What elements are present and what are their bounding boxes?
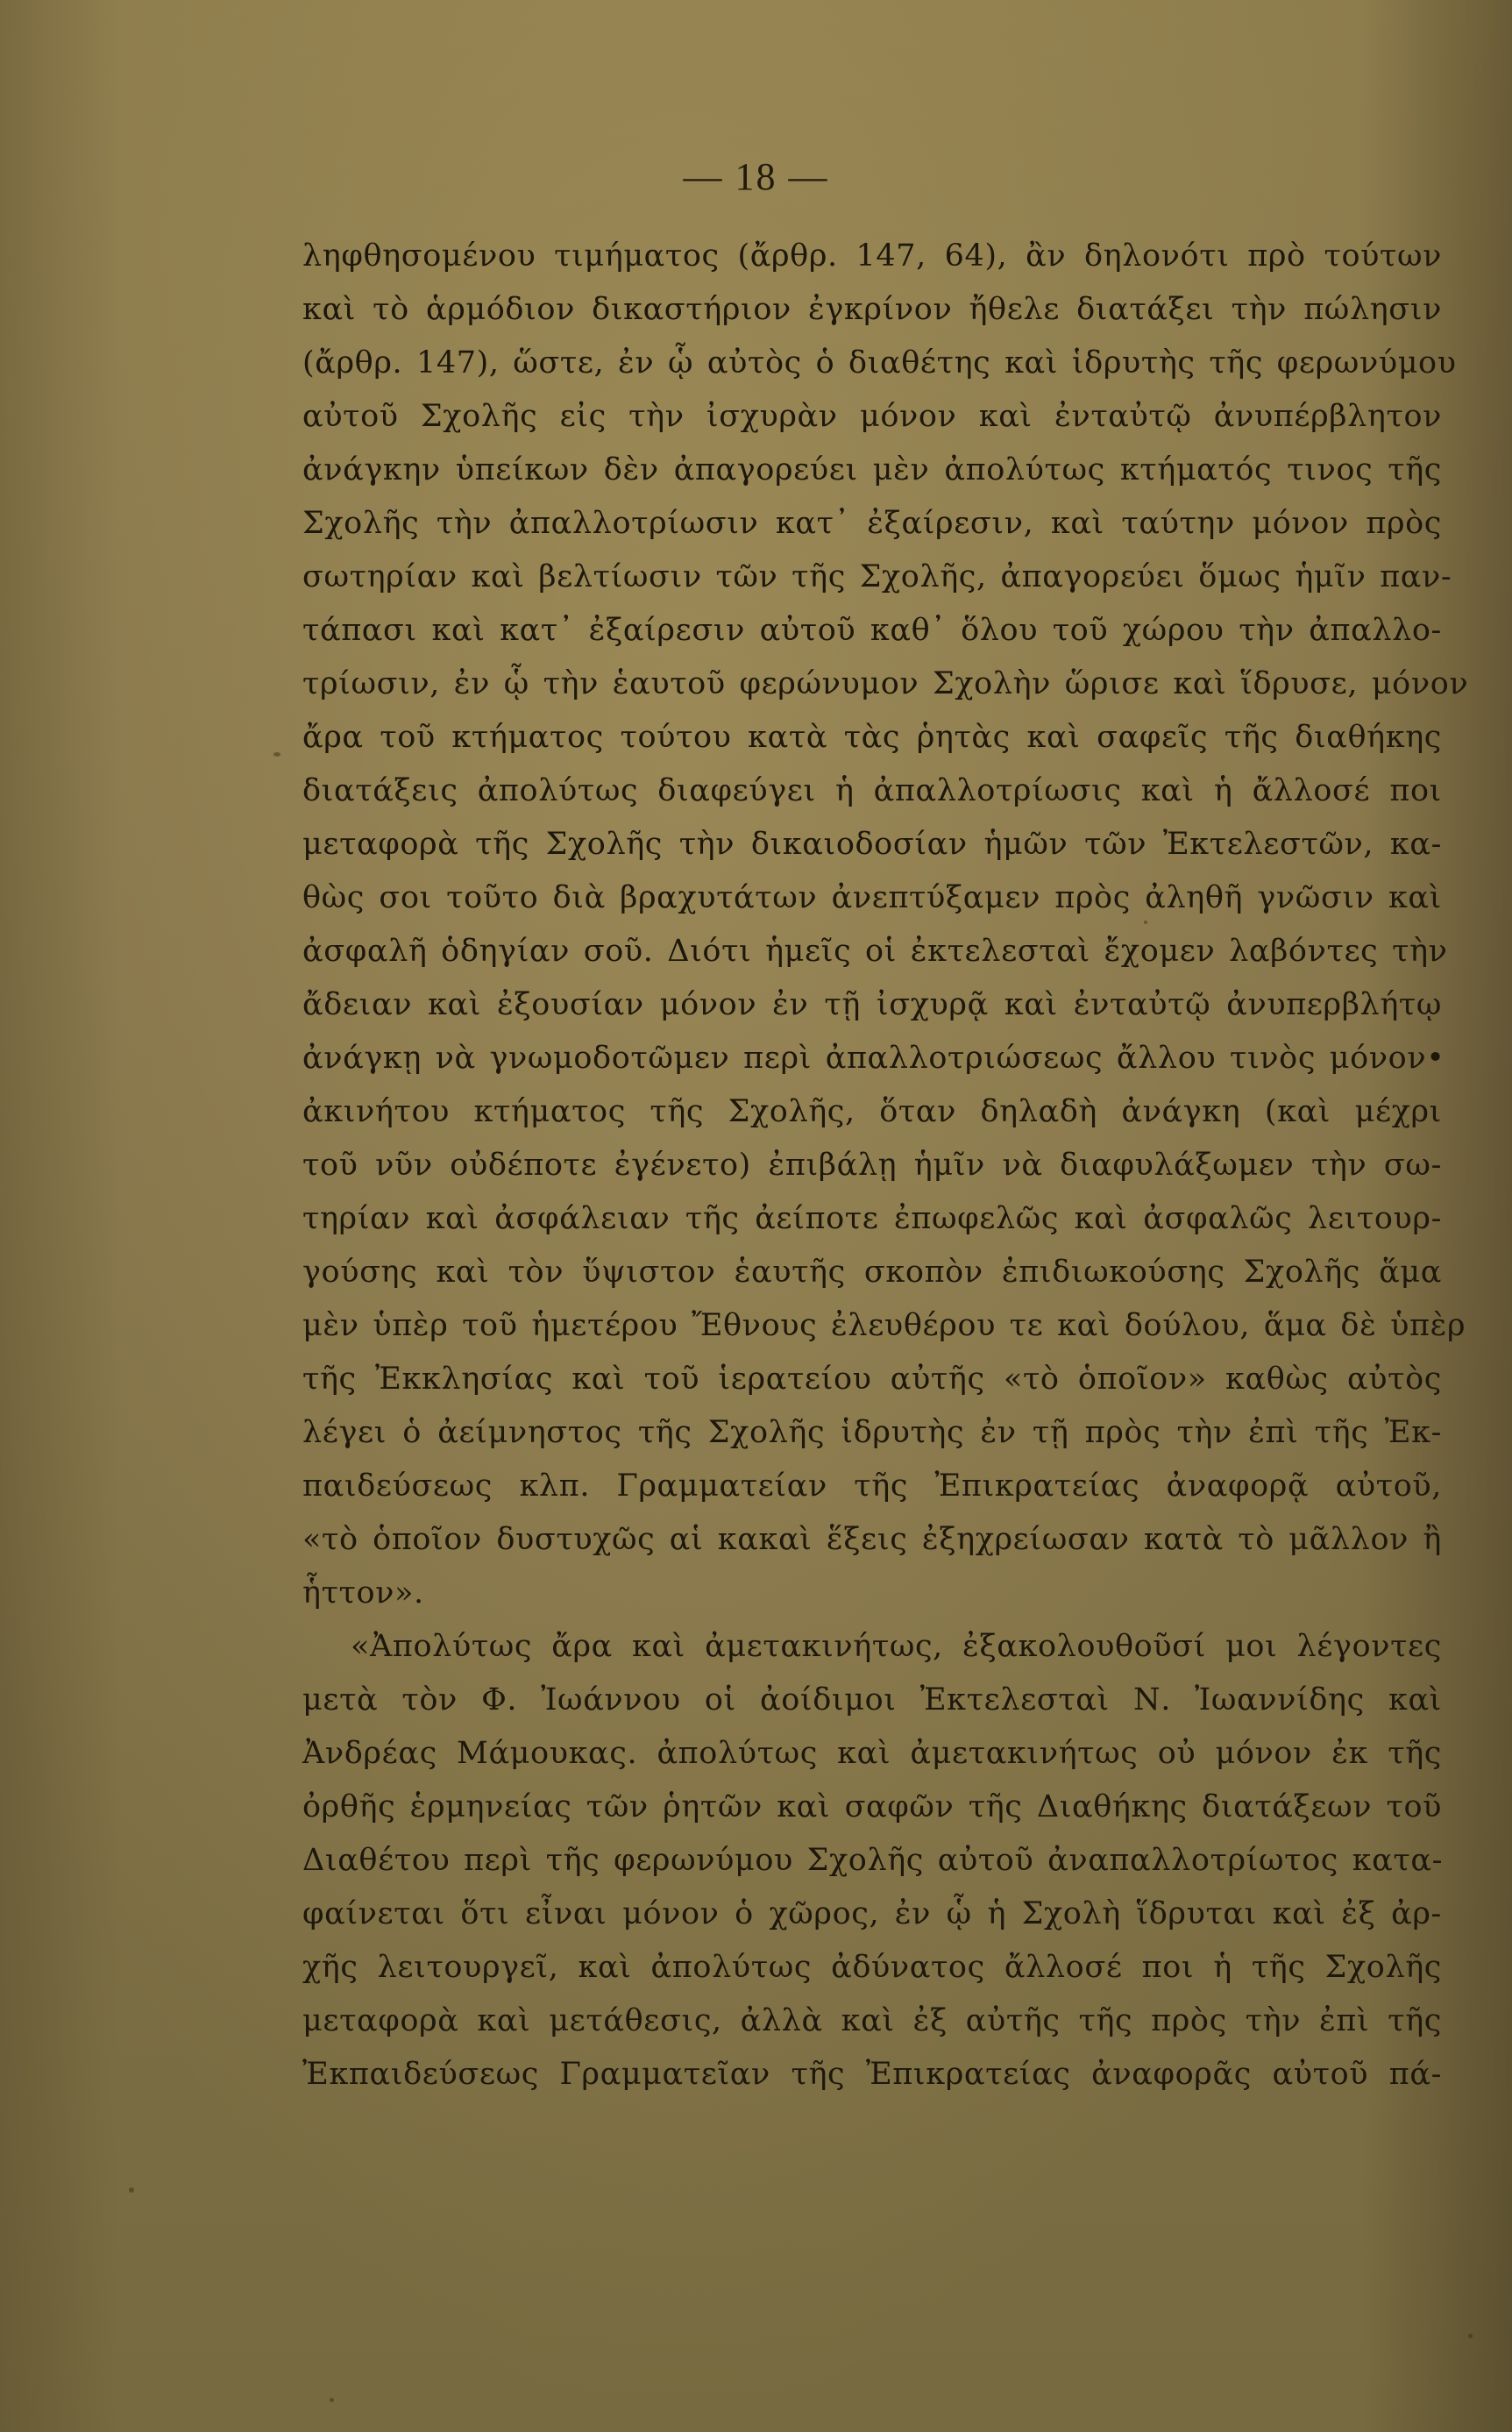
page-number: — 18 — <box>0 154 1512 199</box>
text-line: αὐτοῦ Σχολῆς εἰς τὴν ἰσχυρὰν μόνον καὶ ἐ… <box>302 390 1442 444</box>
text-line: ἀνάγκην ὑπείκων δὲν ἀπαγορεύει μὲν ἀπολύ… <box>302 444 1442 497</box>
text-line: (ἄρθρ. 147), ὥστε, ἐν ᾧ αὐτὸς ὁ διαθέτης… <box>302 337 1442 390</box>
text-line: τρίωσιν, ἐν ᾧ τὴν ἑαυτοῦ φερώνυμον Σχολὴ… <box>302 658 1442 711</box>
text-line: «Ἀπολύτως ἄρα καὶ ἀμετακινήτως, ἐξακολου… <box>302 1620 1442 1674</box>
text-line: μεταφορὰ τῆς Σχολῆς τὴν δικαιοδοσίαν ἡμῶ… <box>302 818 1442 871</box>
text-line: μὲν ὑπὲρ τοῦ ἡμετέρου Ἔθνους ἐλευθέρου τ… <box>302 1299 1442 1353</box>
text-line: παιδεύσεως κλπ. Γραμματείαν τῆς Ἐπικρατε… <box>302 1460 1442 1513</box>
text-line: τοῦ νῦν οὐδέποτε ἐγένετο) ἐπιβάλῃ ἡμῖν ν… <box>302 1139 1442 1192</box>
text-line: σωτηρίαν καὶ βελτίωσιν τῶν τῆς Σχολῆς, ἀ… <box>302 551 1442 604</box>
text-line: ἀκινήτου κτήματος τῆς Σχολῆς, ὅταν δηλαδ… <box>302 1085 1442 1139</box>
text-line: θὼς σοι τοῦτο διὰ βραχυτάτων ἀνεπτύξαμεν… <box>302 871 1442 925</box>
text-line: γούσης καὶ τὸν ὕψιστον ἑαυτῆς σκοπὸν ἐπι… <box>302 1246 1442 1299</box>
text-line: καὶ τὸ ἁρμόδιον δικαστήριον ἐγκρίνον ἤθε… <box>302 283 1442 337</box>
text-line: ἀνάγκῃ νὰ γνωμοδοτῶμεν περὶ ἀπαλλοτριώσε… <box>302 1032 1442 1085</box>
text-line: Ἐκπαιδεύσεως Γραμματεῖαν τῆς Ἐπικρατείας… <box>302 2048 1442 2101</box>
text-line: διατάξεις ἀπολύτως διαφεύγει ἡ ἀπαλλοτρί… <box>302 764 1442 818</box>
text-line: χῆς λειτουργεῖ, καὶ ἀπολύτως ἀδύνατος ἄλ… <box>302 1941 1442 1995</box>
text-line: Ἀνδρέας Μάμουκας. ἀπολύτως καὶ ἀμετακινή… <box>302 1727 1442 1781</box>
text-line: μεταφορὰ καὶ μετάθεσις, ἀλλὰ καὶ ἐξ αὐτῆ… <box>302 1995 1442 2048</box>
scanned-book-page: — 18 — ληφθησομένου τιμήματος (ἄρθρ. 147… <box>0 0 1512 2432</box>
paragraph-2: «Ἀπολύτως ἄρα καὶ ἀμετακινήτως, ἐξακολου… <box>302 1620 1442 2101</box>
text-line: ἀσφαλῆ ὁδηγίαν σοῦ. Διότι ἡμεῖς οἱ ἐκτελ… <box>302 925 1442 978</box>
text-line: τάπασι καὶ κατ᾽ ἐξαίρεσιν αὐτοῦ καθ᾽ ὅλο… <box>302 604 1442 658</box>
text-line: λέγει ὁ ἀείμνηστος τῆς Σχολῆς ἱδρυτὴς ἐν… <box>302 1406 1442 1460</box>
text-line: Διαθέτου περὶ τῆς φερωνύμου Σχολῆς αὐτοῦ… <box>302 1834 1442 1888</box>
text-line: «τὸ ὁποῖον δυστυχῶς αἱ κακαὶ ἕξεις ἐξηχρ… <box>302 1513 1442 1567</box>
text-line: τηρίαν καὶ ἀσφάλειαν τῆς ἀείποτε ἐπωφελῶ… <box>302 1192 1442 1246</box>
text-line: φαίνεται ὅτι εἶναι μόνον ὁ χῶρος, ἐν ᾧ ἡ… <box>302 1888 1442 1941</box>
text-line: ὀρθῆς ἑρμηνείας τῶν ῥητῶν καὶ σαφῶν τῆς … <box>302 1781 1442 1834</box>
text-line: Σχολῆς τὴν ἀπαλλοτρίωσιν κατ᾽ ἐξαίρεσιν,… <box>302 497 1442 551</box>
body-text: ληφθησομένου τιμήματος (ἄρθρ. 147, 64), … <box>302 230 1442 2101</box>
text-line: τῆς Ἐκκλησίας καὶ τοῦ ἱερατείου αὐτῆς «τ… <box>302 1353 1442 1406</box>
text-line: ἧττον». <box>302 1567 1442 1620</box>
text-line: ἄρα τοῦ κτήματος τούτου κατὰ τὰς ῥητὰς κ… <box>302 711 1442 764</box>
text-line: ληφθησομένου τιμήματος (ἄρθρ. 147, 64), … <box>302 230 1442 283</box>
text-line: μετὰ τὸν Φ. Ἰωάννου οἱ ἀοίδιμοι Ἐκτελεστ… <box>302 1674 1442 1727</box>
text-line: ἄδειαν καὶ ἐξουσίαν μόνον ἐν τῇ ἰσχυρᾷ κ… <box>302 978 1442 1032</box>
paragraph-1: ληφθησομένου τιμήματος (ἄρθρ. 147, 64), … <box>302 230 1442 1620</box>
